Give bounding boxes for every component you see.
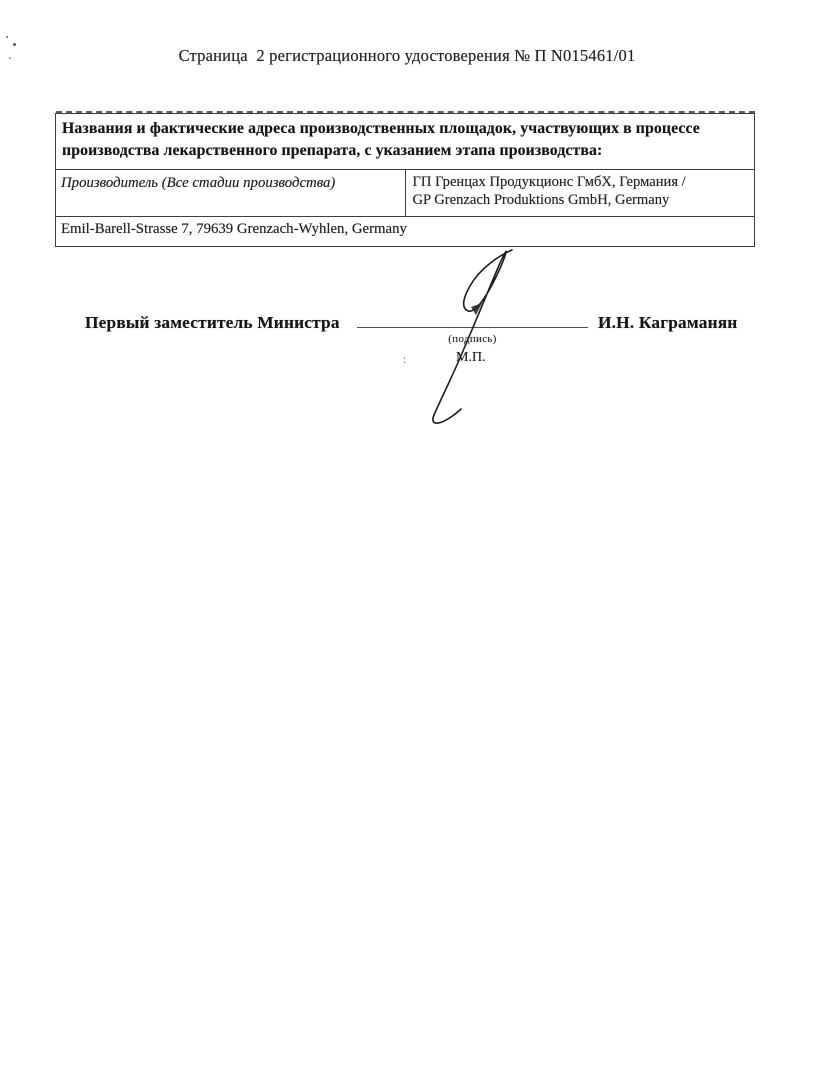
- manufacturer-value: ГП Гренцах Продукционс ГмбХ, Германия / …: [405, 170, 755, 216]
- scan-speckle: [9, 57, 11, 59]
- manufacturer-value-line-ru: ГП Гренцах Продукционс ГмбХ, Германия /: [413, 173, 751, 191]
- manufacturer-value-line-en: GP Grenzach Produktions GmbH, Germany: [413, 191, 751, 209]
- table-title-row: Названия и фактические адреса производст…: [56, 114, 755, 170]
- signatory-name: И.Н. Каграманян: [598, 313, 737, 333]
- address-row: Emil-Barell-Strasse 7, 79639 Grenzach-Wy…: [56, 216, 755, 246]
- site-address: Emil-Barell-Strasse 7, 79639 Grenzach-Wy…: [56, 216, 755, 246]
- scan-artifact-colon: :: [403, 352, 406, 367]
- signatory-title: Первый заместитель Министра: [85, 313, 340, 333]
- manufacturer-label: Производитель (Все стадии производства): [56, 170, 406, 216]
- table-title: Названия и фактические адреса производст…: [56, 114, 755, 170]
- production-sites-table: Названия и фактические адреса производст…: [55, 113, 755, 247]
- handwritten-signature: [415, 243, 535, 428]
- page-header: Страница 2 регистрационного удостоверени…: [14, 46, 800, 66]
- manufacturer-row: Производитель (Все стадии производства) …: [56, 170, 755, 216]
- scanned-certificate-page: Страница 2 регистрационного удостоверени…: [0, 0, 814, 1075]
- scan-speckle: [6, 36, 8, 38]
